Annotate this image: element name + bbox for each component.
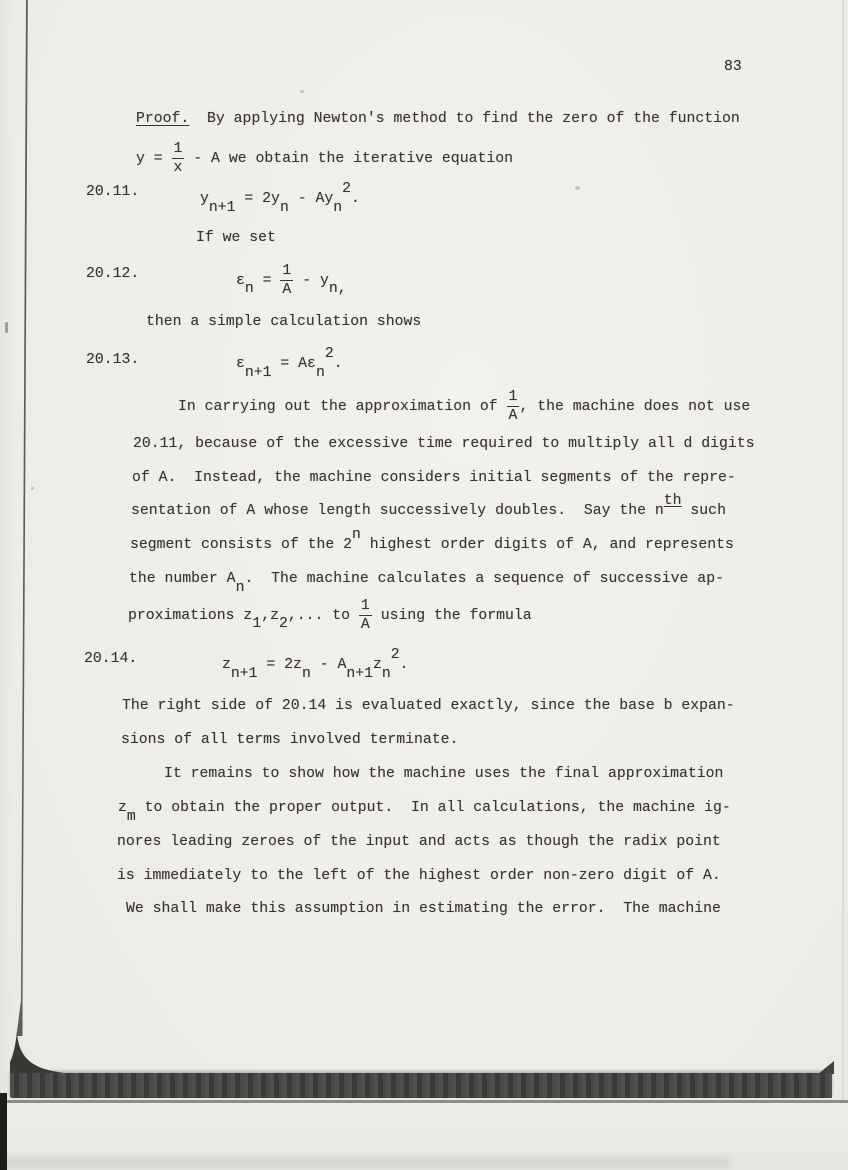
eq3-sub2: n	[316, 365, 325, 381]
paragraph2-line2: 20.11, because of the excessive time req…	[133, 435, 755, 454]
p2l4-sup-th: th	[664, 493, 682, 509]
eq3-period: .	[334, 356, 343, 372]
eq4-period: .	[400, 657, 409, 673]
paragraph1-line2: y = 1 x - A we obtain the iterative equa…	[136, 139, 513, 179]
p2l5-pre: segment consists of the 2	[130, 537, 352, 553]
p2l6-post: . The machine calculates a sequence of s…	[244, 571, 724, 587]
eq3-sub1: n+1	[245, 365, 272, 381]
equation-20-14: zn+1 = 2zn - An+1zn2.	[222, 656, 409, 675]
spine-line	[17, 0, 28, 1036]
scan-speck	[575, 186, 580, 190]
eq4-sub1: n+1	[231, 666, 258, 682]
p4l2-sub-m: m	[127, 809, 136, 825]
then-line: then a simple calculation shows	[146, 313, 421, 332]
paragraph4-line1: It remains to show how the machine uses …	[164, 765, 723, 784]
p2l6-pre: the number A	[129, 571, 236, 587]
page-number: 83	[724, 58, 742, 77]
equation-20-12: ε n = 1 A - y n,	[236, 261, 347, 301]
paragraph1-line1: Proof. By applying Newton's method to fi…	[136, 110, 740, 129]
eq3-sup: 2	[325, 346, 334, 362]
paragraph1-line1-text: By applying Newton's method to find the …	[189, 111, 740, 127]
fraction-denominator: A	[282, 281, 291, 298]
eq1-mid2: - Ay	[289, 191, 333, 207]
paragraph4-line4: is immediately to the left of the highes…	[117, 867, 721, 886]
paragraph3-line1: The right side of 20.14 is evaluated exa…	[122, 697, 735, 716]
if-we-set-line: If we set	[196, 229, 276, 248]
p4l2-pre: z	[118, 800, 127, 816]
paragraph4-line5: We shall make this assumption in estimat…	[126, 900, 721, 919]
eq1-base: y	[200, 191, 209, 207]
fraction-denominator: x	[174, 159, 183, 176]
p2l7-pre: proximations z	[128, 607, 252, 626]
p2l4-pre: sentation of A whose length successively…	[131, 503, 664, 519]
eq1-period: .	[351, 191, 360, 207]
scan-speck	[31, 487, 34, 490]
equation-20-11-label: 20.11.	[86, 183, 139, 202]
eq2-base: ε	[236, 272, 245, 291]
fraction-denominator: A	[509, 407, 518, 424]
eq4-mid1: = 2z	[258, 657, 302, 673]
eq1-sub1: n+1	[209, 200, 236, 216]
eq4-sub3: n+1	[346, 666, 373, 682]
paragraph2-line1: In carrying out the approximation of 1 A…	[178, 387, 750, 427]
paragraph2-line7: proximations z 1 ,z 2 ,... to 1 A using …	[128, 596, 532, 636]
fraction-numerator: 1	[359, 599, 372, 616]
paragraph2-line6: the number An. The machine calculates a …	[129, 570, 724, 589]
paragraph3-line2: sions of all terms involved terminate.	[121, 731, 458, 750]
eq3-base: ε	[236, 356, 245, 372]
fraction-one-over-x: 1 x	[172, 142, 185, 176]
paragraph2-line5: segment consists of the 2n highest order…	[130, 536, 734, 555]
p2l6-sub-n: n	[236, 580, 245, 596]
eq4-base2: z	[373, 657, 382, 673]
equation-20-14-label: 20.14.	[84, 650, 137, 669]
equation-20-13-label: 20.13.	[86, 351, 139, 370]
eq4-sup: 2	[391, 647, 400, 663]
fraction-one-over-A: 1 A	[359, 599, 372, 633]
eq2-mid1: =	[254, 272, 281, 291]
eq4-sub4: n	[382, 666, 391, 682]
p2l7-post: using the formula	[372, 607, 532, 626]
paragraph4-line3: nores leading zeroes of the input and ac…	[117, 833, 721, 852]
p2l7-sub1: 1	[252, 615, 261, 634]
eq1-mid1: = 2y	[236, 191, 280, 207]
fraction-numerator: 1	[507, 390, 520, 407]
equation-20-12-label: 20.12.	[86, 265, 139, 284]
eq2-sub2: n,	[329, 280, 347, 299]
eq2-sub1: n	[245, 280, 254, 299]
p2l7-mid1: ,z	[261, 607, 279, 626]
p1l2-pre: y =	[136, 150, 172, 169]
p2l4-post: such	[682, 503, 726, 519]
eq4-mid2: - A	[311, 657, 347, 673]
p4l2-post: to obtain the proper output. In all calc…	[136, 800, 731, 816]
bottom-scan-band	[10, 1073, 832, 1098]
eq3-mid1: = Aε	[272, 356, 316, 372]
fraction-one-over-A: 1 A	[507, 390, 520, 424]
equation-20-13: εn+1 = Aεn2.	[236, 355, 343, 374]
scan-speck	[300, 90, 304, 93]
p2l1-post: , the machine does not use	[519, 398, 750, 417]
bottom-smudge	[0, 1156, 730, 1169]
eq4-sub2: n	[302, 666, 311, 682]
fraction-numerator: 1	[280, 264, 293, 281]
eq1-sub3: n	[333, 200, 342, 216]
proof-heading: Proof.	[136, 111, 189, 127]
eq1-sub2: n	[280, 200, 289, 216]
bottom-left-corner-strip	[0, 1093, 7, 1170]
p2l5-sup-n: n	[352, 527, 361, 543]
paragraph2-line3: of A. Instead, the machine considers ini…	[132, 469, 736, 488]
paragraph2-line4: sentation of A whose length successively…	[131, 502, 726, 521]
scanned-document-page: 83 Proof. By applying Newton's method to…	[0, 0, 848, 1170]
p2l7-mid2: ,... to	[288, 607, 359, 626]
fraction-one-over-A: 1 A	[280, 264, 293, 298]
eq2-mid2: - y	[293, 272, 329, 291]
eq1-sup: 2	[342, 181, 351, 197]
eq4-base1: z	[222, 657, 231, 673]
p2l5-post: highest order digits of A, and represent…	[361, 537, 734, 553]
right-page-edge-line	[842, 0, 844, 1170]
left-page-edge-shade	[0, 0, 12, 1170]
equation-20-11: yn+1 = 2yn - Ayn2.	[200, 190, 360, 209]
p2l1-pre: In carrying out the approximation of	[178, 398, 507, 417]
p2l7-sub2: 2	[279, 615, 288, 634]
paragraph4-line2: zm to obtain the proper output. In all c…	[118, 799, 731, 818]
fraction-numerator: 1	[172, 142, 185, 159]
p1l2-post: - A we obtain the iterative equation	[184, 150, 513, 169]
scan-speck	[5, 322, 8, 333]
fraction-denominator: A	[361, 616, 370, 633]
